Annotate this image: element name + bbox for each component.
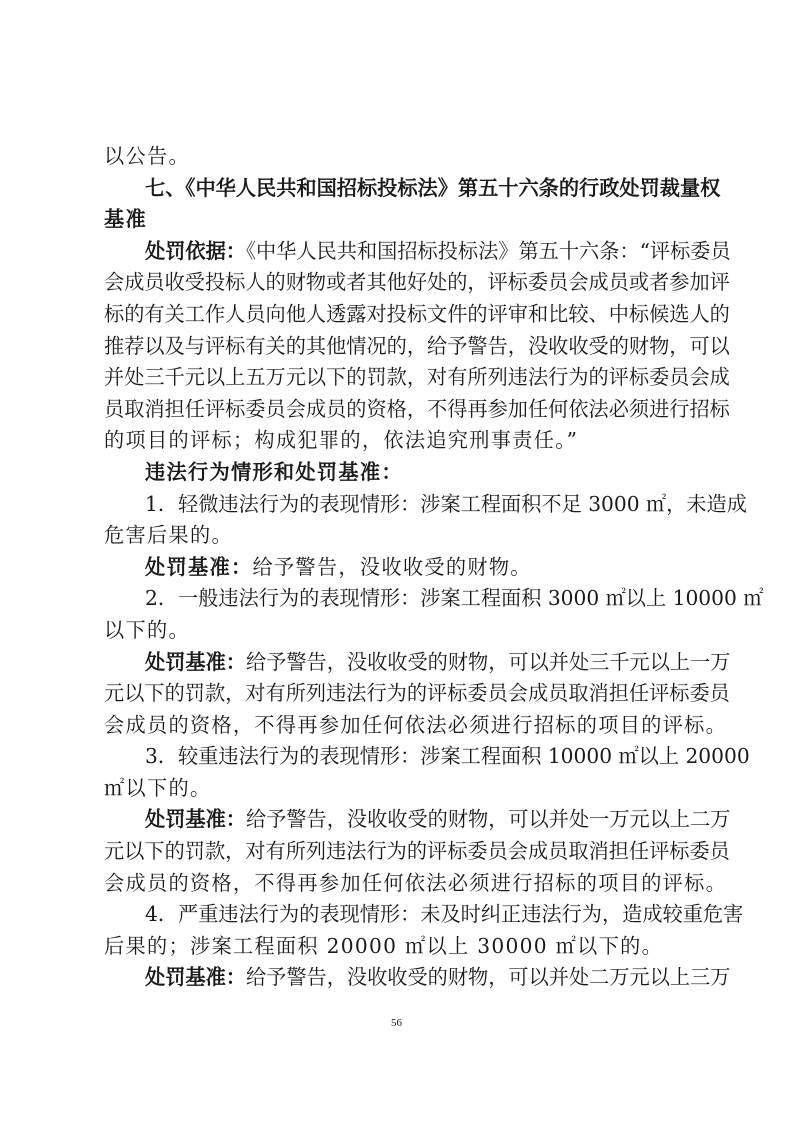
text-line: 危害后果的。 bbox=[104, 520, 678, 552]
section-heading-cont: 基准 bbox=[104, 204, 678, 236]
body-text: 会成员收受投标人的财物或者其他好处的，评标委员会成员或者参加评 bbox=[104, 270, 730, 294]
text-line: 元以下的罚款，对有所列违法行为的评标委员会成员取消担任评标委员 bbox=[104, 678, 678, 710]
penalty-standard-label: 处罚基准： bbox=[145, 555, 252, 579]
body-text: 员取消担任评标委员会成员的资格，不得再参加任何依法必须进行招标 bbox=[104, 397, 730, 421]
subheading-line: 违法行为情形和处罚基准： bbox=[104, 457, 678, 489]
body-text: 给予警告，没收收受的财物，可以并处三千元以上一万 bbox=[246, 650, 731, 674]
body-text: 以下的。 bbox=[104, 618, 190, 642]
body-text: ㎡以下的。 bbox=[104, 776, 211, 800]
text-line: 员取消担任评标委员会成员的资格，不得再参加任何依法必须进行招标 bbox=[104, 394, 678, 426]
text-line: 会成员的资格，不得再参加任何依法必须进行招标的项目的评标。 bbox=[104, 710, 678, 742]
body-text: 会成员的资格，不得再参加任何依法必须进行招标的项目的评标。 bbox=[104, 871, 727, 895]
text-line: ㎡以下的。 bbox=[104, 773, 678, 805]
text-line: 会成员的资格，不得再参加任何依法必须进行招标的项目的评标。 bbox=[104, 868, 678, 900]
body-text: 3．较重违法行为的表现情形：涉案工程面积 10000 ㎡以上 20000 bbox=[145, 744, 750, 768]
penalty-standard-line: 处罚基准：给予警告，没收收受的财物。 bbox=[104, 552, 678, 584]
text-line: 并处三千元以上五万元以下的罚款，对有所列违法行为的评标委员会成 bbox=[104, 362, 678, 394]
text-line: 推荐以及与评标有关的其他情况的，给予警告，没收收受的财物，可以 bbox=[104, 331, 678, 363]
section-heading-text: 基准 bbox=[104, 207, 147, 231]
penalty-standard-line: 处罚基准：给予警告，没收收受的财物，可以并处一万元以上二万 bbox=[104, 804, 678, 836]
section-heading-text: 七、《中华人民共和国招标投标法》第五十六条的行政处罚裁量权 bbox=[145, 176, 720, 200]
penalty-standard-label: 处罚基准： bbox=[145, 807, 246, 831]
level-3-line: 3．较重违法行为的表现情形：涉案工程面积 10000 ㎡以上 20000 bbox=[104, 741, 678, 773]
body-text: 2．一般违法行为的表现情形：涉案工程面积 3000 ㎡以上 10000 ㎡ bbox=[145, 586, 763, 610]
document-page: 以公告。 七、《中华人民共和国招标投标法》第五十六条的行政处罚裁量权 基准 处罚… bbox=[104, 141, 678, 994]
penalty-standard-label: 处罚基准： bbox=[145, 965, 246, 989]
text-line: 标的有关工作人员向他人透露对投标文件的评审和比较、中标候选人的 bbox=[104, 299, 678, 331]
body-text: 元以下的罚款，对有所列违法行为的评标委员会成员取消担任评标委员 bbox=[104, 681, 730, 705]
level-2-line: 2．一般违法行为的表现情形：涉案工程面积 3000 ㎡以上 10000 ㎡ bbox=[104, 583, 678, 615]
body-text: 危害后果的。 bbox=[104, 523, 233, 547]
body-text: 并处三千元以上五万元以下的罚款，对有所列违法行为的评标委员会成 bbox=[104, 365, 730, 389]
continuation-text: 以公告。 bbox=[104, 144, 190, 168]
penalty-basis-text: 《中华人民共和国招标投标法》第五十六条：“评标委员 bbox=[246, 239, 731, 263]
body-text: 的项目的评标；构成犯罪的，依法追究刑事责任。” bbox=[104, 428, 578, 452]
text-line: 会成员收受投标人的财物或者其他好处的，评标委员会成员或者参加评 bbox=[104, 267, 678, 299]
text-line: 以下的。 bbox=[104, 615, 678, 647]
penalty-basis-line: 处罚依据：《中华人民共和国招标投标法》第五十六条：“评标委员 bbox=[104, 236, 678, 268]
penalty-standard-label: 处罚基准： bbox=[145, 650, 246, 674]
body-text: 后果的；涉案工程面积 20000 ㎡以上 30000 ㎡以下的。 bbox=[104, 934, 663, 958]
body-text: 4．严重违法行为的表现情形：未及时纠正违法行为，造成较重危害 bbox=[145, 902, 743, 926]
section-heading: 七、《中华人民共和国招标投标法》第五十六条的行政处罚裁量权 bbox=[104, 173, 678, 205]
page-number: 56 bbox=[0, 1017, 793, 1029]
text-line: 元以下的罚款，对有所列违法行为的评标委员会成员取消担任评标委员 bbox=[104, 836, 678, 868]
body-text: 给予警告，没收收受的财物，可以并处二万元以上三万 bbox=[246, 965, 731, 989]
body-text: 标的有关工作人员向他人透露对投标文件的评审和比较、中标候选人的 bbox=[104, 302, 730, 326]
text-line: 以公告。 bbox=[104, 141, 678, 173]
text-line: 后果的；涉案工程面积 20000 ㎡以上 30000 ㎡以下的。 bbox=[104, 931, 678, 963]
penalty-standard-line: 处罚基准：给予警告，没收收受的财物，可以并处二万元以上三万 bbox=[104, 962, 678, 994]
body-text: 元以下的罚款，对有所列违法行为的评标委员会成员取消担任评标委员 bbox=[104, 839, 730, 863]
body-text: 给予警告，没收收受的财物，可以并处一万元以上二万 bbox=[246, 807, 731, 831]
violation-criteria-heading: 违法行为情形和处罚基准： bbox=[145, 460, 403, 484]
text-line: 的项目的评标；构成犯罪的，依法追究刑事责任。” bbox=[104, 425, 678, 457]
body-text: 会成员的资格，不得再参加任何依法必须进行招标的项目的评标。 bbox=[104, 713, 727, 737]
level-4-line: 4．严重违法行为的表现情形：未及时纠正违法行为，造成较重危害 bbox=[104, 899, 678, 931]
penalty-standard-line: 处罚基准：给予警告，没收收受的财物，可以并处三千元以上一万 bbox=[104, 647, 678, 679]
body-text: 给予警告，没收收受的财物。 bbox=[252, 555, 531, 579]
level-1-line: 1．轻微违法行为的表现情形：涉案工程面积不足 3000 ㎡，未造成 bbox=[104, 489, 678, 521]
penalty-basis-label: 处罚依据： bbox=[145, 239, 246, 263]
body-text: 推荐以及与评标有关的其他情况的，给予警告，没收收受的财物，可以 bbox=[104, 334, 730, 358]
body-text: 1．轻微违法行为的表现情形：涉案工程面积不足 3000 ㎡，未造成 bbox=[145, 492, 747, 516]
